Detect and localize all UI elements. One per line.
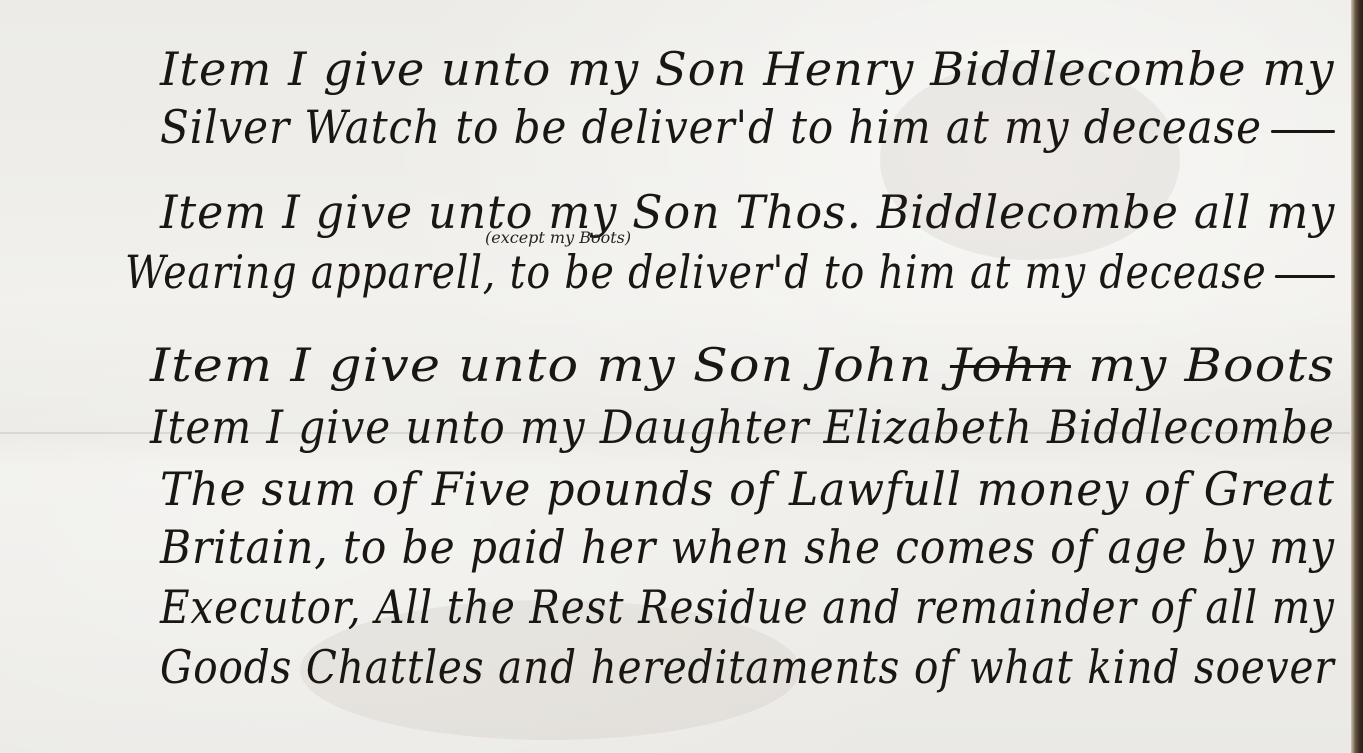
line-end-dash <box>1275 275 1335 278</box>
manuscript-line-1: Item I give unto my Son Henry Biddlecomb… <box>160 42 1335 96</box>
manuscript-line-7: The sum of Five pounds of Lawfull money … <box>160 462 1335 516</box>
manuscript-line-8: Britain, to be paid her when she comes o… <box>160 520 1335 574</box>
line-text: Silver Watch to be deliver'd to him at m… <box>160 100 1262 154</box>
manuscript-line-6: Item I give unto my Daughter Elizabeth B… <box>150 400 1335 454</box>
manuscript-line-4: Wearing apparell, to be deliver'd to him… <box>125 245 1335 299</box>
line-text: Goods Chattles and hereditaments of what… <box>160 640 1335 694</box>
line-text: Britain, to be paid her when she comes o… <box>160 520 1335 574</box>
line-text: Wearing apparell, to be deliver'd to him… <box>125 245 1267 299</box>
struck-word: John <box>950 338 1071 392</box>
manuscript-line-2: Silver Watch to be deliver'd to him at m… <box>160 100 1335 154</box>
line-text: Item I give unto my Son John <box>150 338 950 392</box>
line-text: Executor, All the Rest Residue and remai… <box>160 580 1335 634</box>
line-text: Item I give unto my Son Thos. Biddlecomb… <box>160 185 1335 239</box>
paper-edge <box>1351 0 1363 753</box>
manuscript-line-9: Executor, All the Rest Residue and remai… <box>160 580 1335 634</box>
manuscript-line-10: Goods Chattles and hereditaments of what… <box>160 640 1335 694</box>
line-text: The sum of Five pounds of Lawfull money … <box>160 462 1335 516</box>
line-text: Item I give unto my Daughter Elizabeth B… <box>150 400 1335 454</box>
line-end-dash <box>1271 130 1335 133</box>
line-text: my Boots <box>1071 338 1335 392</box>
manuscript-line-5: Item I give unto my Son John John my Boo… <box>150 338 1335 392</box>
line-text: Item I give unto my Son Henry Biddlecomb… <box>160 42 1335 96</box>
document-page: Item I give unto my Son Henry Biddlecomb… <box>0 0 1363 753</box>
manuscript-line-3: Item I give unto my Son Thos. Biddlecomb… <box>160 185 1335 239</box>
